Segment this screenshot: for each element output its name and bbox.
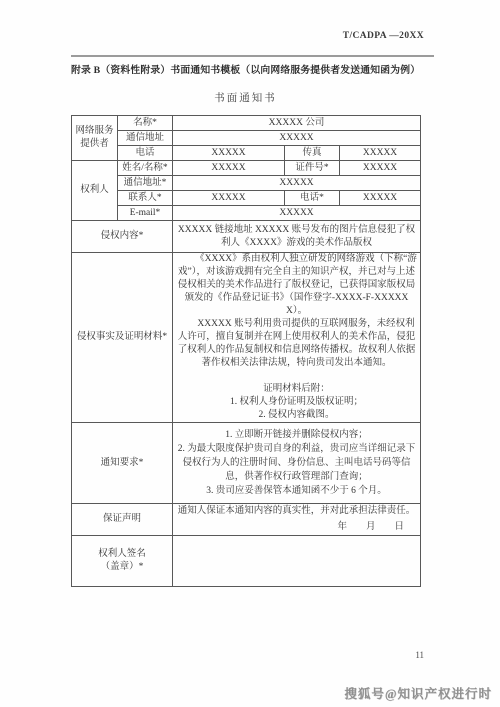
holder-name-label: 姓名/名称* — [118, 161, 173, 176]
provider-group-label: 网络服务提供者 — [75, 126, 113, 149]
infringement-content: XXXXX 链接地址 XXXXX 账号发布的图片信息侵犯了权利人《XXXX》游戏… — [173, 221, 421, 253]
holder-email-value: XXXXX — [173, 206, 421, 221]
holder-contact-label: 联系人* — [118, 191, 173, 206]
appendix-heading: 附录 B（资料性附录）书面通知书模板（以向网络服务提供者发送通知函为例） — [71, 62, 434, 76]
requirements-content: 1. 立即断开链接并删除侵权内容； 2. 为最大限度保护贵司自身的利益，贵司应当… — [173, 423, 421, 504]
holder-address-label: 通信地址* — [118, 176, 173, 191]
facts-paragraph-1: 《XXXX》系由权利人独立研发的网络游戏（下称“游戏”），对该游戏拥有完全自主的… — [175, 253, 418, 318]
infringement-label: 侵权内容* — [72, 221, 173, 253]
table-row-declaration: 保证声明 通知人保证本通知内容的真实性，并对此承担法律责任。 年 月 日 — [72, 504, 421, 536]
provider-fax-value: XXXXX — [340, 146, 421, 161]
declaration-text: 通知人保证本通知内容的真实性，并对此承担法律责任。 — [175, 505, 418, 518]
provider-address-value: XXXXX — [173, 131, 421, 146]
provider-address-label: 通信地址 — [118, 131, 173, 146]
holder-phone-label: 电话* — [285, 191, 340, 206]
facts-attachments-title: 证明材料后附： — [175, 383, 418, 396]
holder-name-value: XXXXX — [173, 161, 285, 176]
holder-group-cell: 权利人 — [72, 161, 118, 221]
signature-blank-cell — [173, 536, 421, 587]
provider-fax-label: 传真 — [285, 146, 340, 161]
facts-attachment-2: 2. 侵权内容截图。 — [175, 409, 418, 422]
facts-label: 侵权事实及证明材料* — [72, 253, 173, 423]
document-title: 书面通知书 — [71, 90, 420, 105]
holder-id-value: XXXXX — [340, 161, 421, 176]
declaration-date-line: 年 月 日 — [175, 521, 418, 534]
holder-phone-value: XXXXX — [340, 191, 421, 206]
watermark: 搜狐号@知识产权进行时 — [344, 684, 492, 702]
provider-phone-label: 电话 — [118, 146, 173, 161]
table-row-provider-name: 网络服务提供者 名称* XXXXX 公司 — [72, 116, 421, 131]
provider-group-cell: 网络服务提供者 — [72, 116, 118, 161]
signature-label-line2: （盖章）* — [74, 561, 170, 574]
declaration-content: 通知人保证本通知内容的真实性，并对此承担法律责任。 年 月 日 — [173, 504, 421, 536]
table-row-provider-phone: 电话 XXXXX 传真 XXXXX — [72, 146, 421, 161]
holder-group-label: 权利人 — [80, 185, 109, 195]
facts-paragraph-2: XXXXX 账号利用贵司提供的互联网服务，未经权利人许可，擅自复制并在网上使用权… — [175, 318, 418, 370]
facts-content: 《XXXX》系由权利人独立研发的网络游戏（下称“游戏”），对该游戏拥有完全自主的… — [173, 253, 421, 423]
table-row-holder-name: 权利人 姓名/名称* XXXXX 证件号* XXXXX — [72, 161, 421, 176]
holder-email-label: E-mail* — [118, 206, 173, 221]
table-row-requirements: 通知要求* 1. 立即断开链接并删除侵权内容； 2. 为最大限度保护贵司自身的利… — [72, 423, 421, 504]
provider-name-value: XXXXX 公司 — [173, 116, 421, 131]
holder-id-label: 证件号* — [285, 161, 340, 176]
requirement-item-1: 1. 立即断开链接并删除侵权内容； — [175, 428, 418, 442]
signature-label-line1: 权利人签名 — [74, 548, 170, 561]
table-row-holder-address: 通信地址* XXXXX — [72, 176, 421, 191]
table-row-infringement: 侵权内容* XXXXX 链接地址 XXXXX 账号发布的图片信息侵犯了权利人《X… — [72, 221, 421, 253]
signature-label-cell: 权利人签名 （盖章）* — [72, 536, 173, 587]
provider-phone-value: XXXXX — [173, 146, 285, 161]
holder-address-value: XXXXX — [173, 176, 421, 191]
table-row-facts: 侵权事实及证明材料* 《XXXX》系由权利人独立研发的网络游戏（下称“游戏”），… — [72, 253, 421, 423]
table-row-provider-address: 通信地址 XXXXX — [72, 131, 421, 146]
requirements-label: 通知要求* — [72, 423, 173, 504]
declaration-label: 保证声明 — [72, 504, 173, 536]
holder-contact-value: XXXXX — [173, 191, 285, 206]
requirement-item-2: 2. 为最大限度保护贵司自身的利益，贵司应当详细记录下侵权行为人的注册时间、身份… — [175, 442, 418, 484]
facts-attachment-1: 1. 权利人身份证明及版权证明； — [175, 396, 418, 409]
document-page: T/CADPA —20XX 附录 B（资料性附录）书面通知书模板（以向网络服务提… — [0, 0, 500, 707]
table-row-holder-email: E-mail* XXXXX — [72, 206, 421, 221]
provider-name-label: 名称* — [118, 116, 173, 131]
header-rule — [71, 55, 434, 57]
table-row-holder-contact: 联系人* XXXXX 电话* XXXXX — [72, 191, 421, 206]
table-row-signature: 权利人签名 （盖章）* — [72, 536, 421, 587]
notice-form-table: 网络服务提供者 名称* XXXXX 公司 通信地址 XXXXX 电话 XXXXX… — [71, 115, 421, 587]
page-number: 11 — [71, 650, 424, 660]
standard-code: T/CADPA —20XX — [343, 31, 424, 41]
requirement-item-3: 3. 贵司应妥善保管本通知函不少于 6 个月。 — [175, 484, 418, 498]
